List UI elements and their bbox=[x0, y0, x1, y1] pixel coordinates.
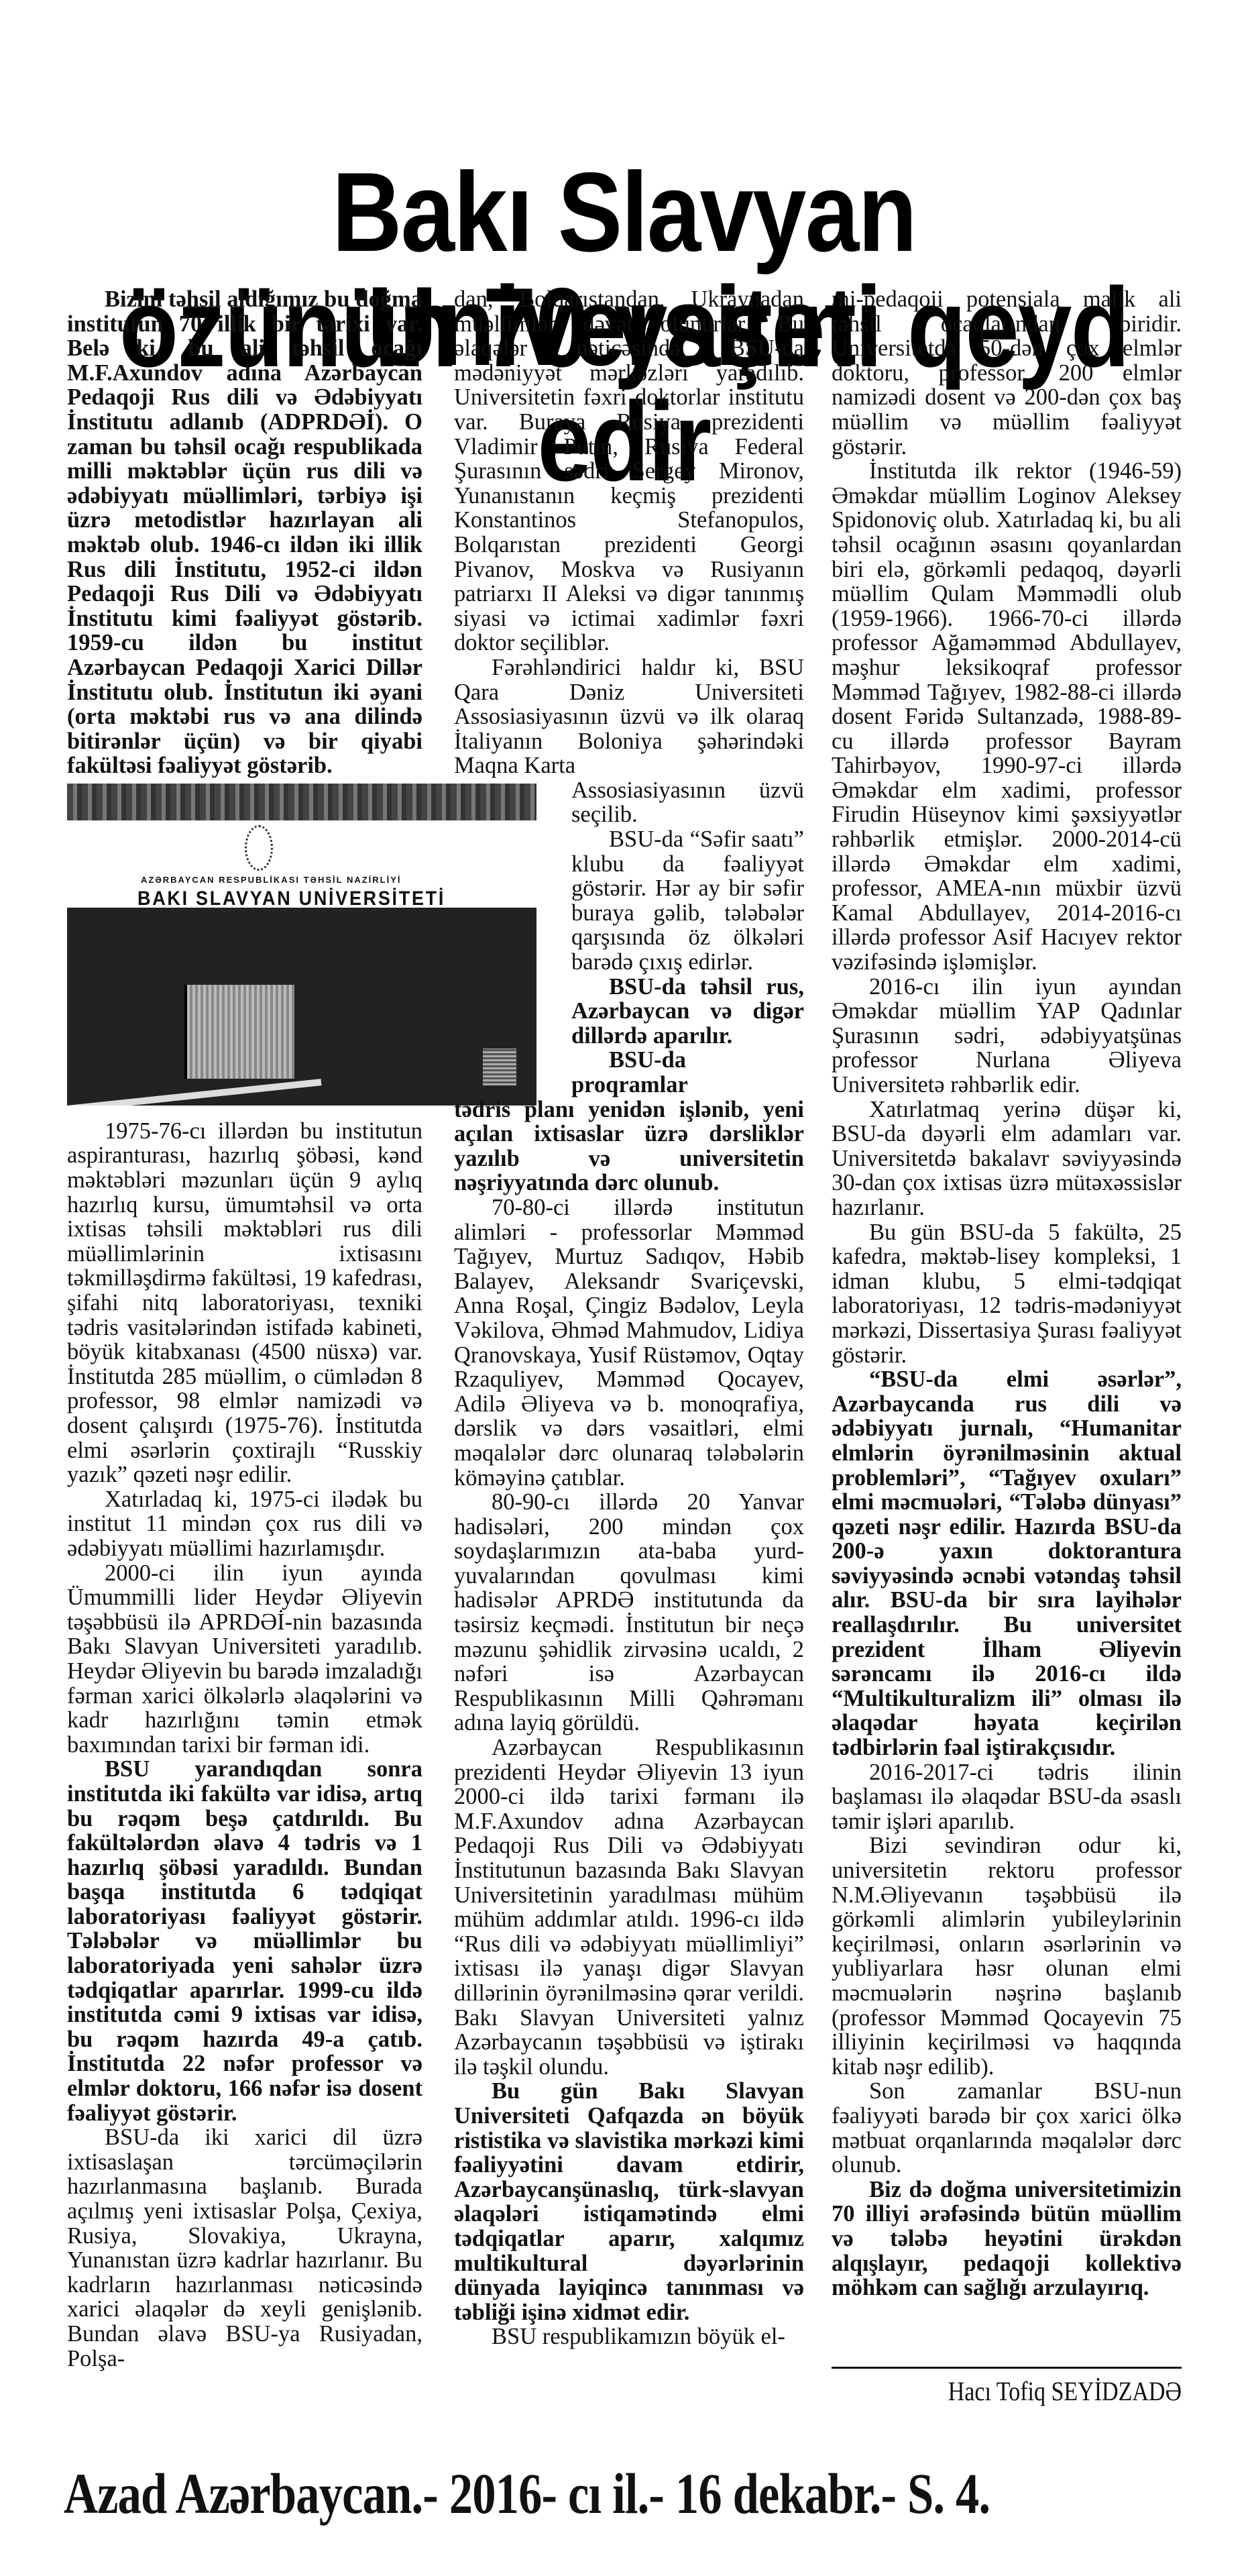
photo-entrance bbox=[184, 985, 294, 1079]
paragraph: 1975-76-cı illərdən bu institutun aspira… bbox=[67, 1119, 422, 1487]
paragraph: 2016-2017-ci tədris ilinin başlaması ilə… bbox=[832, 1760, 1182, 1834]
paragraph: mi-pedaqoji potensiala malik ali təhsil … bbox=[832, 287, 1182, 459]
state-emblem-icon bbox=[245, 825, 273, 871]
article-column-2: dan, Bolqarıstandan, Ukraynadan müəlliml… bbox=[454, 287, 804, 2349]
paragraph: BSU yarandıqdan sonra institutda iki fak… bbox=[67, 1757, 422, 2125]
paragraph: Xatırladaq ki, 1975-ci ilədək bu institu… bbox=[67, 1487, 422, 1561]
paragraph: dan, Bolqarıstandan, Ukraynadan müəlliml… bbox=[454, 287, 804, 655]
paragraph: “BSU-da elmi əsərlər”, Azərbaycanda rus … bbox=[832, 1367, 1182, 1760]
article-column-1: Bizim təhsil aldığımız bu doğma institut… bbox=[67, 287, 422, 2371]
paragraph: 2016-cı ilin iyun ayından Əməkdar müəlli… bbox=[832, 975, 1182, 1097]
paragraph: tədris planı yenidən işlənib, yeni açıla… bbox=[454, 1097, 804, 1195]
article-column-3: mi-pedaqoji potensiala malik ali təhsil … bbox=[832, 287, 1182, 2300]
paragraph: Biz də doğma universitetimizin 70 illiyi… bbox=[832, 2178, 1182, 2300]
photo-sign-ministry: AZƏRBAYCAN RESPUBLİKASI TƏHSİL NAZİRLİYİ bbox=[141, 875, 402, 885]
paragraph: BSU respublikamızın böyük el- bbox=[454, 2324, 804, 2349]
paragraph: BSU-da təhsil rus, Azərbaycan və digər d… bbox=[571, 975, 804, 1049]
author-byline: Hacı Tofiq SEYİDZADƏ bbox=[884, 2375, 1182, 2408]
paragraph: 70-80-ci illərdə institutun alimləri - p… bbox=[454, 1195, 804, 1490]
paragraph: BSU-da proqramlar bbox=[571, 1048, 804, 1097]
photo-wrap-block: Assosiasiyasının üzvü seçilib. BSU-da “S… bbox=[571, 778, 804, 1097]
paragraph: Fərəhləndirici haldır ki, BSU Qara Dəniz… bbox=[454, 655, 804, 778]
paragraph: Bu gün Bakı Slavyan Universiteti Qafqazd… bbox=[454, 2079, 804, 2324]
paragraph: Bizim təhsil aldığımız bu doğma institut… bbox=[67, 287, 422, 778]
paragraph: Bu gün BSU-da 5 fakültə, 25 kafedra, mək… bbox=[832, 1220, 1182, 1368]
paragraph: Bizi sevindirən odur ki, universitetin r… bbox=[832, 1833, 1182, 2079]
paragraph: Son zamanlar BSU-nun fəaliyyəti barədə b… bbox=[832, 2079, 1182, 2177]
paragraph: BSU-da “Səfir saatı” klubu da fəaliyyət … bbox=[571, 827, 804, 975]
paragraph: İnstitutda ilk rektor (1946-59) Əməkdar … bbox=[832, 459, 1182, 974]
paragraph: Azərbaycan Respublikasının prezidenti He… bbox=[454, 1735, 804, 2079]
paragraph: BSU-da iki xarici dil üzrə ixtisaslaşan … bbox=[67, 2125, 422, 2371]
paragraph: 2000-ci ilin iyun ayında Ümummilli lider… bbox=[67, 1561, 422, 1758]
paragraph: Xatırlatmaq yerinə düşər ki, BSU-da dəyə… bbox=[832, 1097, 1182, 1220]
paragraph: Assosiasiyasının üzvü seçilib. bbox=[571, 778, 804, 827]
source-citation: Azad Azərbaycan.- 2016- cı il.- 16 dekab… bbox=[64, 2463, 990, 2524]
byline-divider bbox=[832, 2367, 1182, 2369]
photo-steps bbox=[68, 1079, 322, 1106]
photo-sign-university: BAKI SLAVYAN UNİVERSİTETİ bbox=[137, 888, 445, 910]
paragraph: 80-90-cı illərdə 20 Yanvar hadisələri, 2… bbox=[454, 1490, 804, 1735]
